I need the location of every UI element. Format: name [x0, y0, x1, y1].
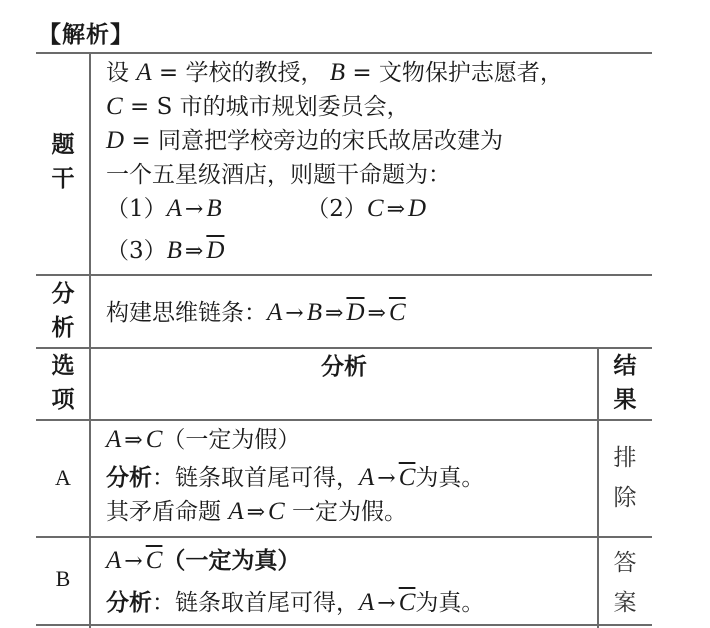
row-divider-option-a	[36, 536, 652, 538]
stem-content: 设 A = 学校的教授， B = 文物保护志愿者， C = S 市的城市规划委员…	[106, 56, 563, 268]
premises-line-1: （1）A→B （2）C⇒D	[106, 192, 563, 226]
header-option: 选 项	[38, 349, 88, 417]
option-b-content: A→C（一定为真） 分析：链条取首尾可得，A→C为真。	[106, 544, 484, 620]
section-title: 【解析】	[38, 16, 134, 49]
result-column-divider	[597, 347, 599, 628]
stem-line-4: 一个五星级酒店，则题干命题为：	[106, 158, 563, 192]
analysis-label: 分 析	[38, 277, 88, 345]
stem-line-2: C = S 市的城市规划委员会，	[106, 90, 563, 124]
row-divider-option-b	[36, 624, 652, 626]
option-a-analysis: 分析：链条取首尾可得，A→C为真。	[106, 461, 484, 495]
header-analysis: 分析	[91, 350, 597, 384]
header-result: 结 果	[600, 349, 650, 417]
stem-line-1: 设 A = 学校的教授， B = 文物保护志愿者，	[106, 56, 563, 90]
row-divider-header	[36, 419, 652, 421]
row-divider-analysis	[36, 347, 652, 349]
option-a-label: A	[38, 465, 88, 491]
analysis-chain: 构建思维链条：A→B⇒D⇒C	[106, 296, 406, 331]
option-b-analysis: 分析：链条取首尾可得，A→C为真。	[106, 586, 484, 620]
label-column-divider	[89, 52, 91, 628]
option-b-label: B	[38, 566, 88, 592]
option-a-content: A⇒C（一定为假） 分析：链条取首尾可得，A→C为真。 其矛盾命题 A⇒C 一定…	[106, 423, 484, 529]
option-a-claim: A⇒C（一定为假）	[106, 423, 484, 457]
option-b-claim: A→C（一定为真）	[106, 544, 484, 578]
row-divider-stem	[36, 274, 652, 276]
stem-label: 题 干	[38, 128, 88, 196]
option-b-result: 答 案	[600, 543, 650, 623]
option-a-result: 排 除	[600, 438, 650, 518]
stem-line-3: D = 同意把学校旁边的宋氏故居改建为	[106, 124, 563, 158]
option-a-extra: 其矛盾命题 A⇒C 一定为假。	[106, 495, 484, 529]
premises-line-2: （3）B⇒D	[106, 234, 563, 268]
table-top-border	[36, 52, 652, 54]
